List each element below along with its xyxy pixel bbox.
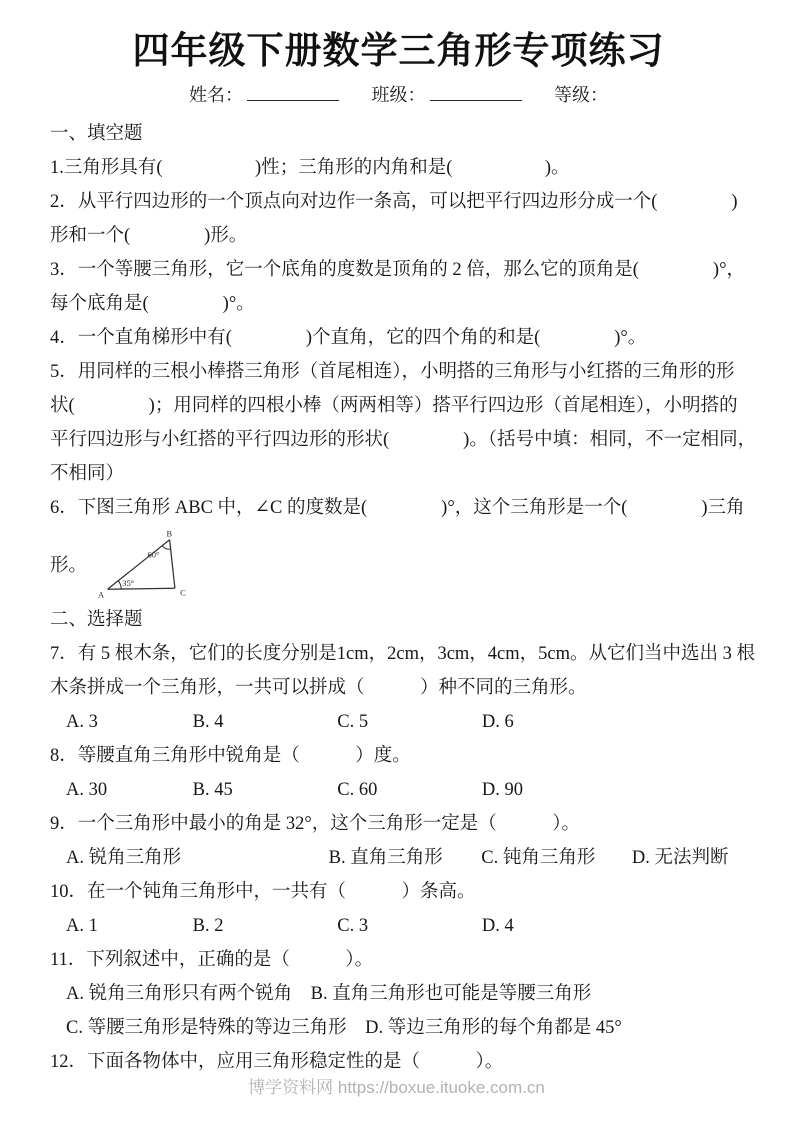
q5-line-4: 不相同） bbox=[50, 457, 747, 491]
q7-line-2: 木条拼成一个三角形，一共可以拼成（ ）种不同的三角形。 bbox=[50, 671, 747, 705]
q10-option-d: D. 4 bbox=[482, 909, 514, 943]
q8-options: A. 30 B. 45 C. 60 D. 90 bbox=[50, 773, 747, 807]
q11-options-line-2: C. 等腰三角形是特殊的等边三角形 D. 等边三角形的每个角都是 45° bbox=[50, 1011, 747, 1045]
angle-a-value: 35° bbox=[122, 578, 134, 588]
q11-options-line-1: A. 锐角三角形只有两个锐角 B. 直角三角形也可能是等腰三角形 bbox=[50, 977, 747, 1011]
q8-option-b: B. 45 bbox=[193, 773, 333, 807]
fill-section-heading: 一、填空题 bbox=[50, 117, 747, 151]
vertex-a-label: A bbox=[98, 590, 105, 600]
q2-line-2: 形和一个( )形。 bbox=[50, 219, 747, 253]
q2-line-1: 2．从平行四边形的一个顶点向对边作一条高，可以把平行四边形分成一个( ) bbox=[50, 185, 747, 219]
q6-line-2: 形。 bbox=[50, 551, 87, 577]
class-label: 班级： bbox=[372, 85, 426, 105]
q10-option-b: B. 2 bbox=[193, 909, 333, 943]
choice-section-heading: 二、选择题 bbox=[50, 603, 747, 637]
page-title: 四年级下册数学三角形专项练习 bbox=[50, 28, 747, 74]
q10-options: A. 1 B. 2 C. 3 D. 4 bbox=[50, 909, 747, 943]
q8-option-d: D. 90 bbox=[482, 773, 523, 807]
q9-option-c: C. 钝角三角形 bbox=[481, 841, 627, 875]
q9-option-b: B. 直角三角形 bbox=[329, 841, 477, 875]
q7-option-c: C. 5 bbox=[337, 705, 477, 739]
q3-line-2: 每个底角是( )°。 bbox=[50, 287, 747, 321]
q1-line-1: 1.三角形具有( )性；三角形的内角和是( )。 bbox=[50, 151, 747, 185]
q11-line-1: 11．下列叙述中，正确的是（ ）。 bbox=[50, 943, 747, 977]
q7-option-b: B. 4 bbox=[193, 705, 333, 739]
q9-options: A. 锐角三角形 B. 直角三角形 C. 钝角三角形 D. 无法判断 bbox=[50, 841, 747, 875]
q10-option-a: A. 1 bbox=[66, 909, 188, 943]
vertex-c-label: C bbox=[180, 588, 186, 598]
q7-line-1: 7．有 5 根木条，它们的长度分别是1cm，2cm，3cm，4cm，5cm。从它… bbox=[50, 637, 747, 671]
q6-line-1: 6．下图三角形 ABC 中，∠C 的度数是( )°，这个三角形是一个( )三角 bbox=[50, 491, 747, 525]
q3-line-1: 3．一个等腰三角形，它一个底角的度数是顶角的 2 倍，那么它的顶角是( )°， bbox=[50, 253, 747, 287]
angle-a-arc bbox=[118, 581, 121, 589]
q10-line-1: 10．在一个钝角三角形中，一共有（ ）条高。 bbox=[50, 875, 747, 909]
q7-options: A. 3 B. 4 C. 5 D. 6 bbox=[50, 705, 747, 739]
q8-option-c: C. 60 bbox=[337, 773, 477, 807]
q9-option-d: D. 无法判断 bbox=[632, 841, 729, 875]
q5-line-3: 平行四边形与小红搭的平行四边形的形状( )。（括号中填：相同，不一定相同， bbox=[50, 423, 747, 457]
class-blank bbox=[430, 85, 522, 101]
q5-line-1: 5．用同样的三根小棒搭三角形（首尾相连），小明搭的三角形与小红搭的三角形的形 bbox=[50, 355, 747, 389]
watermark-footer: 博学资料网 https://boxue.ituoke.com.cn bbox=[0, 1073, 793, 1098]
q8-line-1: 8．等腰直角三角形中锐角是（ ）度。 bbox=[50, 739, 747, 773]
triangle-diagram: B A C 60° 35° bbox=[97, 528, 197, 600]
grade-label: 等级： bbox=[554, 85, 608, 105]
q6-diagram-row: 形。 B A C 60° 35° bbox=[50, 525, 747, 603]
q9-option-a: A. 锐角三角形 bbox=[66, 841, 324, 875]
name-row: 姓名： 班级： 等级： bbox=[50, 81, 747, 107]
q8-option-a: A. 30 bbox=[66, 773, 188, 807]
vertex-b-label: B bbox=[166, 529, 172, 539]
q7-option-a: A. 3 bbox=[66, 705, 188, 739]
q10-option-c: C. 3 bbox=[337, 909, 477, 943]
q9-line-1: 9．一个三角形中最小的角是 32°，这个三角形一定是（ ）。 bbox=[50, 807, 747, 841]
worksheet-page: 四年级下册数学三角形专项练习 姓名： 班级： 等级： 一、填空题 1.三角形具有… bbox=[0, 0, 793, 1122]
angle-b-arc bbox=[162, 546, 170, 550]
name-label: 姓名： bbox=[189, 85, 243, 105]
name-blank bbox=[247, 85, 339, 101]
q4-line-1: 4．一个直角梯形中有( )个直角，它的四个角的和是( )°。 bbox=[50, 321, 747, 355]
q7-option-d: D. 6 bbox=[482, 705, 514, 739]
q5-line-2: 状( )；用同样的四根小棒（两两相等）搭平行四边形（首尾相连），小明搭的 bbox=[50, 389, 747, 423]
angle-b-value: 60° bbox=[148, 550, 160, 560]
